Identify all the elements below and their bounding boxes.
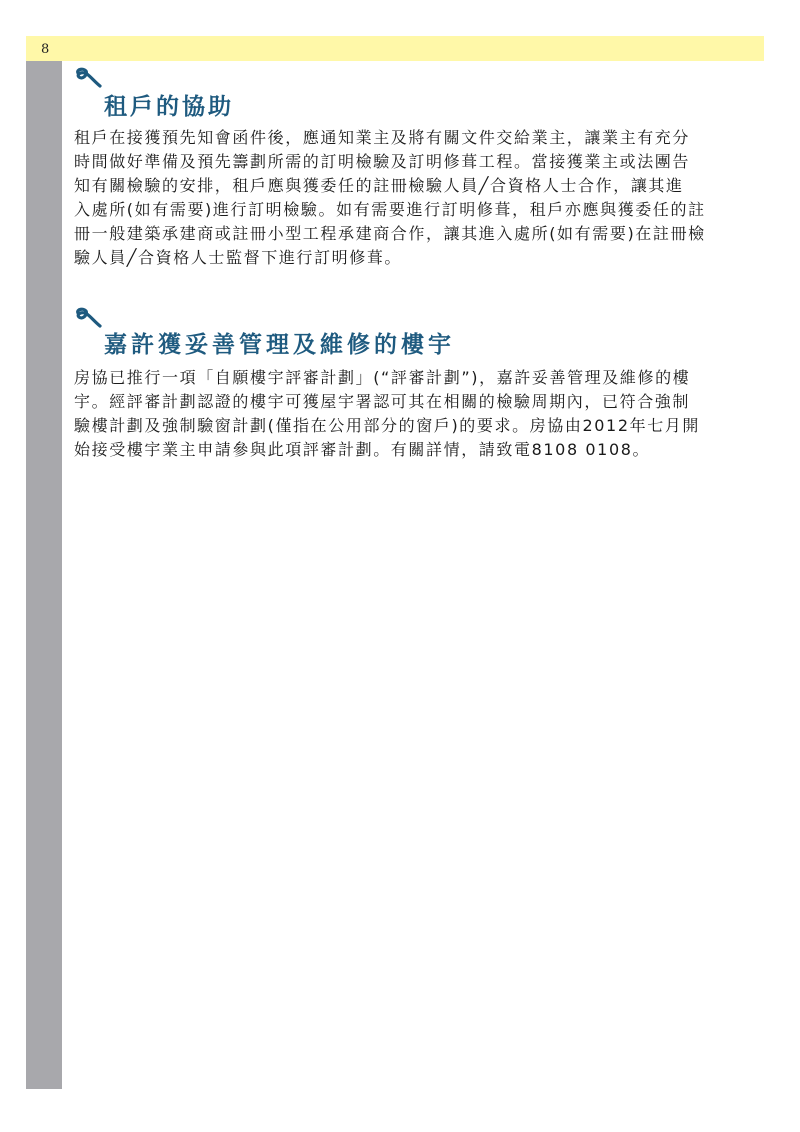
text-line: 入處所(如有需要)進行訂明檢驗。如有需要進行訂明修葺，租戶亦應與獲委任的註: [74, 198, 764, 222]
section-title: 嘉許獲妥善管理及維修的樓宇: [104, 326, 455, 359]
text-line: 驗樓計劃及強制驗窗計劃(僅指在公用部分的窗戶)的要求。房協由2012年七月開: [74, 414, 764, 438]
text-line: 驗人員╱合資格人士監督下進行訂明修葺。: [74, 246, 764, 270]
section-body: 房協已推行一項「自願樓宇評審計劃」(“評審計劃”)，嘉許妥善管理及維修的樓 宇。…: [74, 366, 764, 462]
left-margin-bar: [26, 61, 62, 1089]
text-line: 冊一般建築承建商或註冊小型工程承建商合作，讓其進入處所(如有需要)在註冊檢: [74, 222, 764, 246]
section-tenant-assistance: 租戶的協助 租戶在接獲預先知會函件後，應通知業主及將有關文件交給業主，讓業主有充…: [74, 66, 764, 270]
swirl-bullet-icon: [74, 306, 104, 336]
section-heading: 嘉許獲妥善管理及維修的樓宇: [74, 306, 764, 366]
text-line: 時間做好準備及預先籌劃所需的訂明檢驗及訂明修葺工程。當接獲業主或法團告: [74, 150, 764, 174]
text-line: 知有關檢驗的安排，租戶應與獲委任的註冊檢驗人員╱合資格人士合作，讓其進: [74, 174, 764, 198]
swirl-bullet-icon: [74, 66, 104, 96]
page-header-bar: [26, 36, 764, 61]
section-title: 租戶的協助: [104, 88, 234, 121]
section-body: 租戶在接獲預先知會函件後，應通知業主及將有關文件交給業主，讓業主有充分 時間做好…: [74, 126, 764, 270]
page-number: 8: [41, 42, 49, 57]
text-line: 房協已推行一項「自願樓宇評審計劃」(“評審計劃”)，嘉許妥善管理及維修的樓: [74, 366, 764, 390]
section-building-recognition: 嘉許獲妥善管理及維修的樓宇 房協已推行一項「自願樓宇評審計劃」(“評審計劃”)，…: [74, 306, 764, 462]
section-heading: 租戶的協助: [74, 66, 764, 126]
text-line: 宇。經評審計劃認證的樓宇可獲屋宇署認可其在相關的檢驗周期內，已符合強制: [74, 390, 764, 414]
text-line: 租戶在接獲預先知會函件後，應通知業主及將有關文件交給業主，讓業主有充分: [74, 126, 764, 150]
text-line: 始接受樓宇業主申請參與此項評審計劃。有關詳情，請致電8108 0108。: [74, 438, 764, 462]
